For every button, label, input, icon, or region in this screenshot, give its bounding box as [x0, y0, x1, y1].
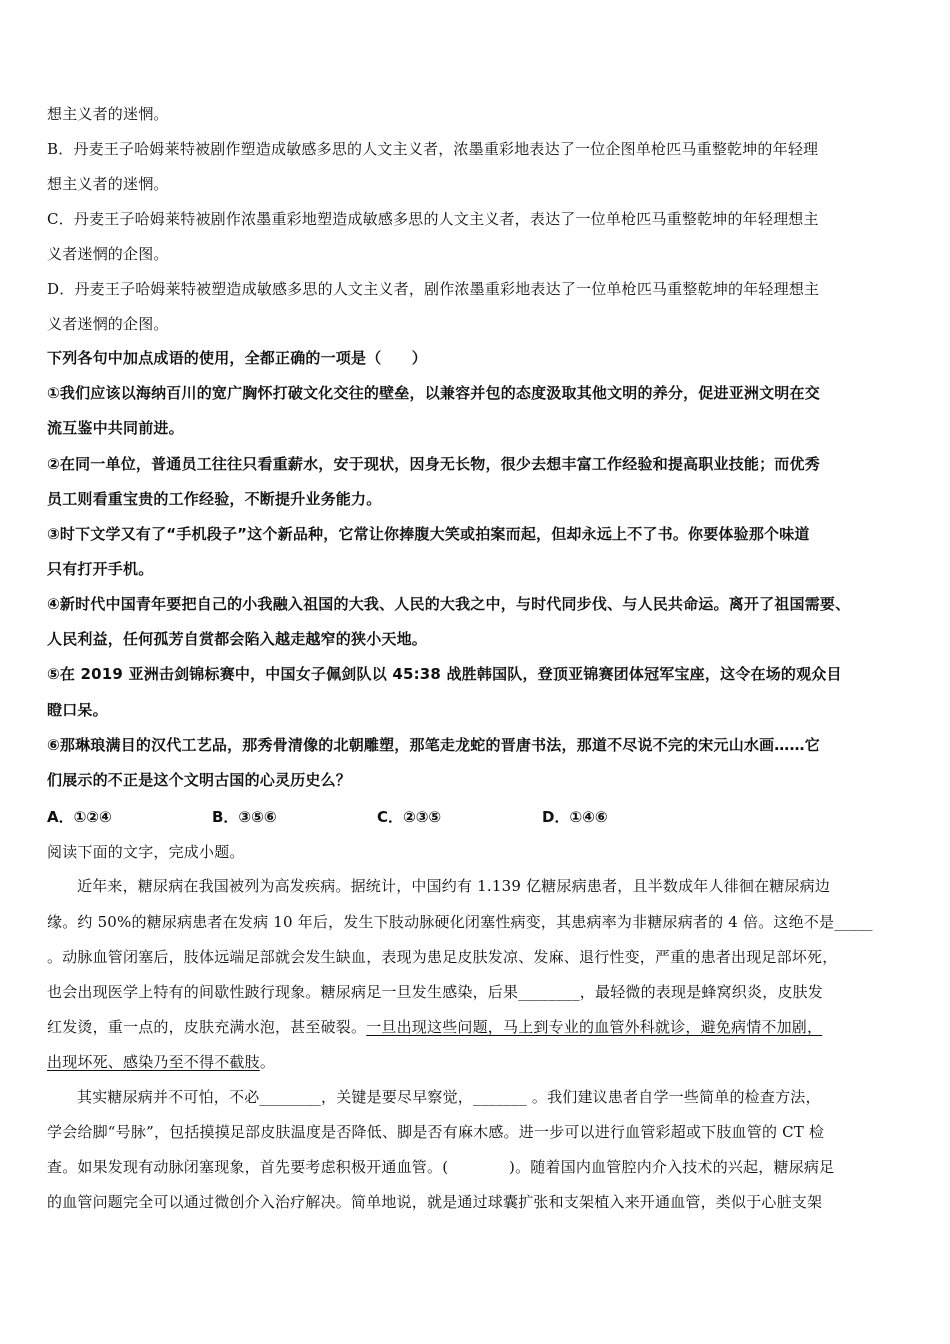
- passage-p2-line4: 的血管问题完全可以通过微创介入治疗解决。简单地说，就是通过球囊扩张和支架植入来开…: [47, 1192, 822, 1212]
- sentence-3: ③时下文学又有了“手机段子”这个新品种，它常让你捧腹大笑或拍案而起，但却永远上不…: [47, 524, 810, 544]
- passage-p2-line1: 其实糖尿病并不可怕，不必________，关键是要尽早察觉，_______ 。我…: [47, 1087, 821, 1107]
- sentence-2-continuation: 员工则看重宝贵的工作经验，不断提升业务能力。: [47, 489, 381, 509]
- sentence-4-continuation: 人民利益，任何孤芳自赏都会陷入越走越窄的狭小天地。: [47, 629, 427, 649]
- sentence-5: ⑤在 2019 亚洲击剑锦标赛中，中国女子佩剑队以 45:38 战胜韩国队，登顶…: [47, 664, 842, 684]
- answer-option-c: C．②③⑤: [377, 807, 441, 827]
- passage-p2-line3: 查。如果发现有动脉闭塞现象，首先要考虑积极开通血管。( )。随着国内血管腔内介入…: [47, 1157, 834, 1177]
- option-d: D．丹麦王子哈姆莱特被塑造成敏感多思的人文主义者，剧作浓墨重彩地表达了一位单枪匹…: [47, 279, 819, 299]
- sentence-6: ⑥那琳琅满目的汉代工艺品，那秀骨清像的北朝雕塑，那笔走龙蛇的晋唐书法，那道不尽说…: [47, 735, 820, 755]
- answer-option-a: A．①②④: [47, 807, 112, 827]
- reading-instruction: 阅读下面的文字，完成小题。: [47, 842, 245, 862]
- passage-p1-line3: 。动脉血管闭塞后，肢体远端足部就会发生缺血，表现为患足皮肤发凉、发麻、退行性变，…: [47, 947, 837, 967]
- passage-p1-line4: 也会出现医学上特有的间歇性跛行现象。糖尿病足一旦发生感染，后果________，…: [47, 982, 823, 1002]
- sentence-4: ④新时代中国青年要把自己的小我融入祖国的大我、人民的大我之中，与时代同步伐、与人…: [47, 594, 850, 614]
- option-c-continuation: 义者迷惘的企图。: [47, 244, 169, 264]
- passage-p1-line2: 缘。约 50%的糖尿病患者在发病 10 年后，发生下肢动脉硬化闭塞性病变，其患病…: [47, 912, 873, 932]
- option-b: B．丹麦王子哈姆莱特被剧作塑造成敏感多思的人文主义者，浓墨重彩地表达了一位企图单…: [47, 139, 818, 159]
- option-a-continuation: 想主义者的迷惘。: [47, 104, 169, 124]
- sentence-5-continuation: 瞪口呆。: [47, 700, 108, 720]
- sentence-2: ②在同一单位，普通员工往往只看重薪水，安于现状，因身无长物，很少去想丰富工作经验…: [47, 454, 820, 474]
- passage-p1-line6: 出现坏死、感染乃至不得不截肢。: [47, 1052, 275, 1072]
- passage-p2-line2: 学会给脚“号脉”，包括摸摸足部皮肤温度是否降低、脚是否有麻木感。进一步可以进行血…: [47, 1122, 824, 1142]
- option-b-continuation: 想主义者的迷惘。: [47, 174, 169, 194]
- question-stem: 下列各句中加点成语的使用，全都正确的一项是（ ）: [47, 348, 427, 368]
- passage-p1-line5: 红发烫，重一点的，皮肤充满水泡，甚至破裂。一旦出现这些问题，马上到专业的血管外科…: [47, 1017, 822, 1037]
- option-c: C．丹麦王子哈姆莱特被剧作浓墨重彩地塑造成敏感多思的人文主义者，表达了一位单枪匹…: [47, 209, 819, 229]
- sentence-6-continuation: 们展示的不正是这个文明古国的心灵历史么？: [47, 770, 351, 790]
- period: 。: [260, 1053, 275, 1071]
- sentence-1-continuation: 流互鉴中共同前进。: [47, 418, 184, 438]
- passage-p1-line5-plain: 红发烫，重一点的，皮肤充满水泡，甚至破裂。: [47, 1018, 366, 1036]
- underlined-sentence: 一旦出现这些问题，马上到专业的血管外科就诊，避免病情不加剧，: [366, 1018, 822, 1036]
- sentence-3-continuation: 只有打开手机。: [47, 559, 153, 579]
- answer-option-b: B．③⑤⑥: [212, 807, 277, 827]
- option-d-continuation: 义者迷惘的企图。: [47, 314, 169, 334]
- underlined-sentence-continuation: 出现坏死、感染乃至不得不截肢: [47, 1053, 260, 1071]
- sentence-1: ①我们应该以海纳百川的宽广胸怀打破文化交往的壁垒，以兼容并包的态度汲取其他文明的…: [47, 383, 820, 403]
- answer-option-d: D．①④⑥: [542, 807, 608, 827]
- passage-p1-line1: 近年来，糖尿病在我国被列为高发疾病。据统计，中国约有 1.139 亿糖尿病患者，…: [47, 876, 830, 896]
